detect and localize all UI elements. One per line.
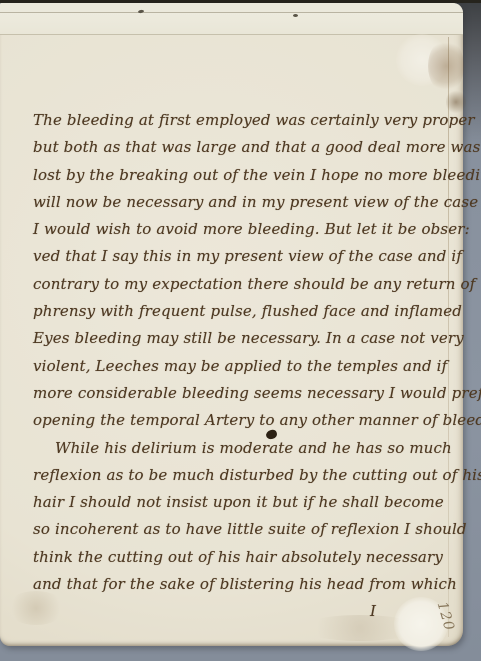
manuscript-line: I would wish to avoid more bleeding. But… <box>33 216 459 243</box>
page-top-edge-strip <box>0 3 463 13</box>
manuscript-line: contrary to my expectation there should … <box>33 271 459 298</box>
manuscript-line: so incoherent as to have little suite of… <box>33 516 459 543</box>
manuscript-line: violent, Leeches may be applied to the t… <box>33 353 459 380</box>
manuscript-line: but both as that was large and that a go… <box>33 134 459 161</box>
manuscript-line: Eyes bleeding may still be necessary. In… <box>33 325 459 352</box>
manuscript-line: opening the temporal Artery to any other… <box>33 407 459 434</box>
manuscript-line: reflexion as to be much disturbed by the… <box>33 462 459 489</box>
manuscript-line: phrensy with frequent pulse, flushed fac… <box>33 298 459 325</box>
manuscript-line: The bleeding at first employed was certa… <box>33 107 459 134</box>
ink-stain <box>428 39 464 93</box>
manuscript-text-block: The bleeding at first employed was certa… <box>33 107 459 626</box>
manuscript-line: will now be necessary and in my present … <box>33 189 459 216</box>
manuscript-line: think the cutting out of his hair absolu… <box>33 544 459 571</box>
manuscript-line: hair I should not insist upon it but if … <box>33 489 459 516</box>
manuscript-line: ved that I say this in my present view o… <box>33 243 459 270</box>
manuscript-page: The bleeding at first employed was certa… <box>0 3 463 646</box>
manuscript-photo: The bleeding at first employed was certa… <box>0 0 481 661</box>
manuscript-line: more considerable bleeding seems necessa… <box>33 380 459 407</box>
manuscript-line: While his delirium is moderate and he ha… <box>33 435 459 462</box>
manuscript-line: and that for the sake of blistering his … <box>33 571 459 598</box>
page-top-edge-strip <box>0 13 463 35</box>
paper-fleck <box>293 14 298 17</box>
manuscript-line: lost by the breaking out of the vein I h… <box>33 162 459 189</box>
